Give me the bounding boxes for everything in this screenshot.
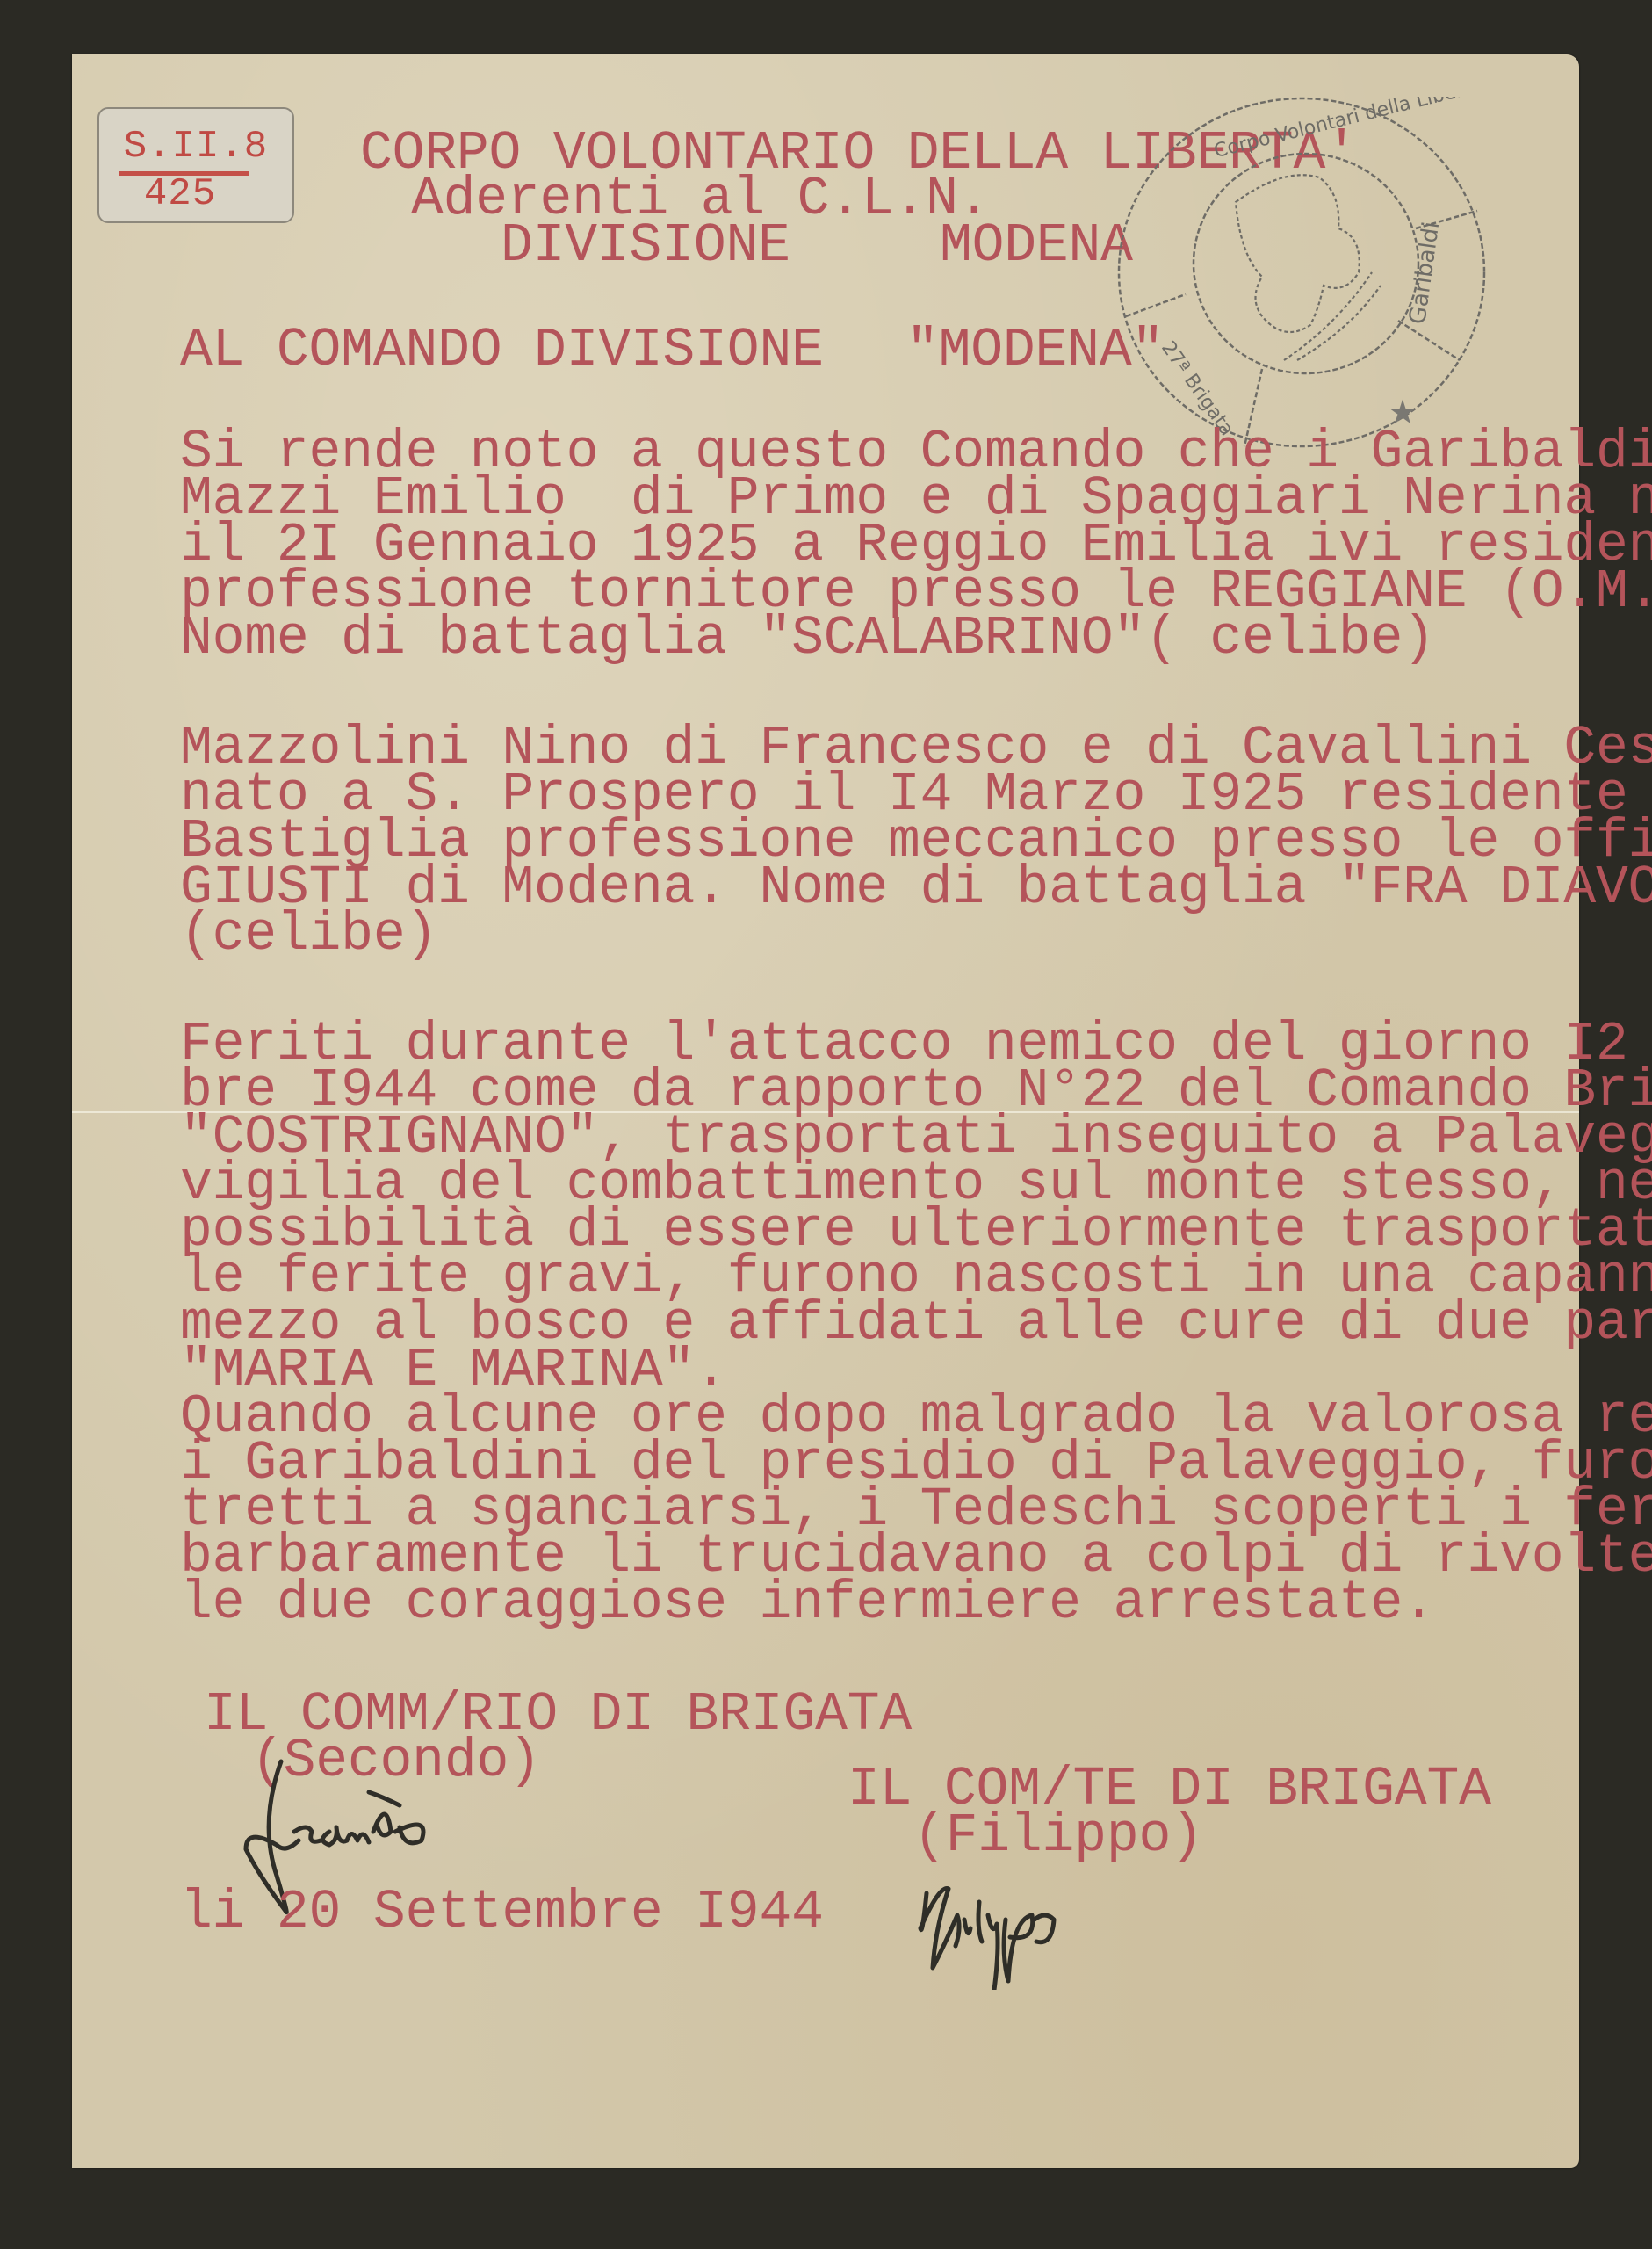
addressee-label: AL COMANDO DIVISIONE	[180, 327, 824, 373]
paragraph-3-line-13: le due coraggiose infermiere arrestate.	[180, 1580, 1435, 1626]
header-division-label: DIVISIONE	[501, 222, 790, 269]
paragraph-2-line-5: (celibe)	[180, 911, 437, 958]
paragraph-1-line-5: Nome di battaglia "SCALABRINO"( celibe)	[180, 615, 1435, 662]
header-division-name: MODENA	[940, 222, 1133, 269]
stamp-outer-text: Corpo Volontari della Libertà aderente a…	[1212, 97, 1495, 163]
archive-label: S.II.8 425	[97, 107, 294, 223]
document-date: li 20 Settembre I944	[180, 1889, 824, 1935]
stamp-side-text: Garibaldi	[1404, 221, 1445, 326]
commander-name: (Filippo)	[913, 1812, 1203, 1859]
archive-label-number: 425	[83, 172, 277, 216]
stamp-inner-ring	[1194, 154, 1418, 373]
commander-handwritten-signature	[913, 1867, 1107, 1990]
garibaldi-portrait-icon	[1236, 175, 1381, 360]
archive-label-series: S.II.8	[99, 125, 292, 169]
partisan-brigade-stamp: Corpo Volontari della Libertà aderente a…	[1108, 97, 1495, 448]
